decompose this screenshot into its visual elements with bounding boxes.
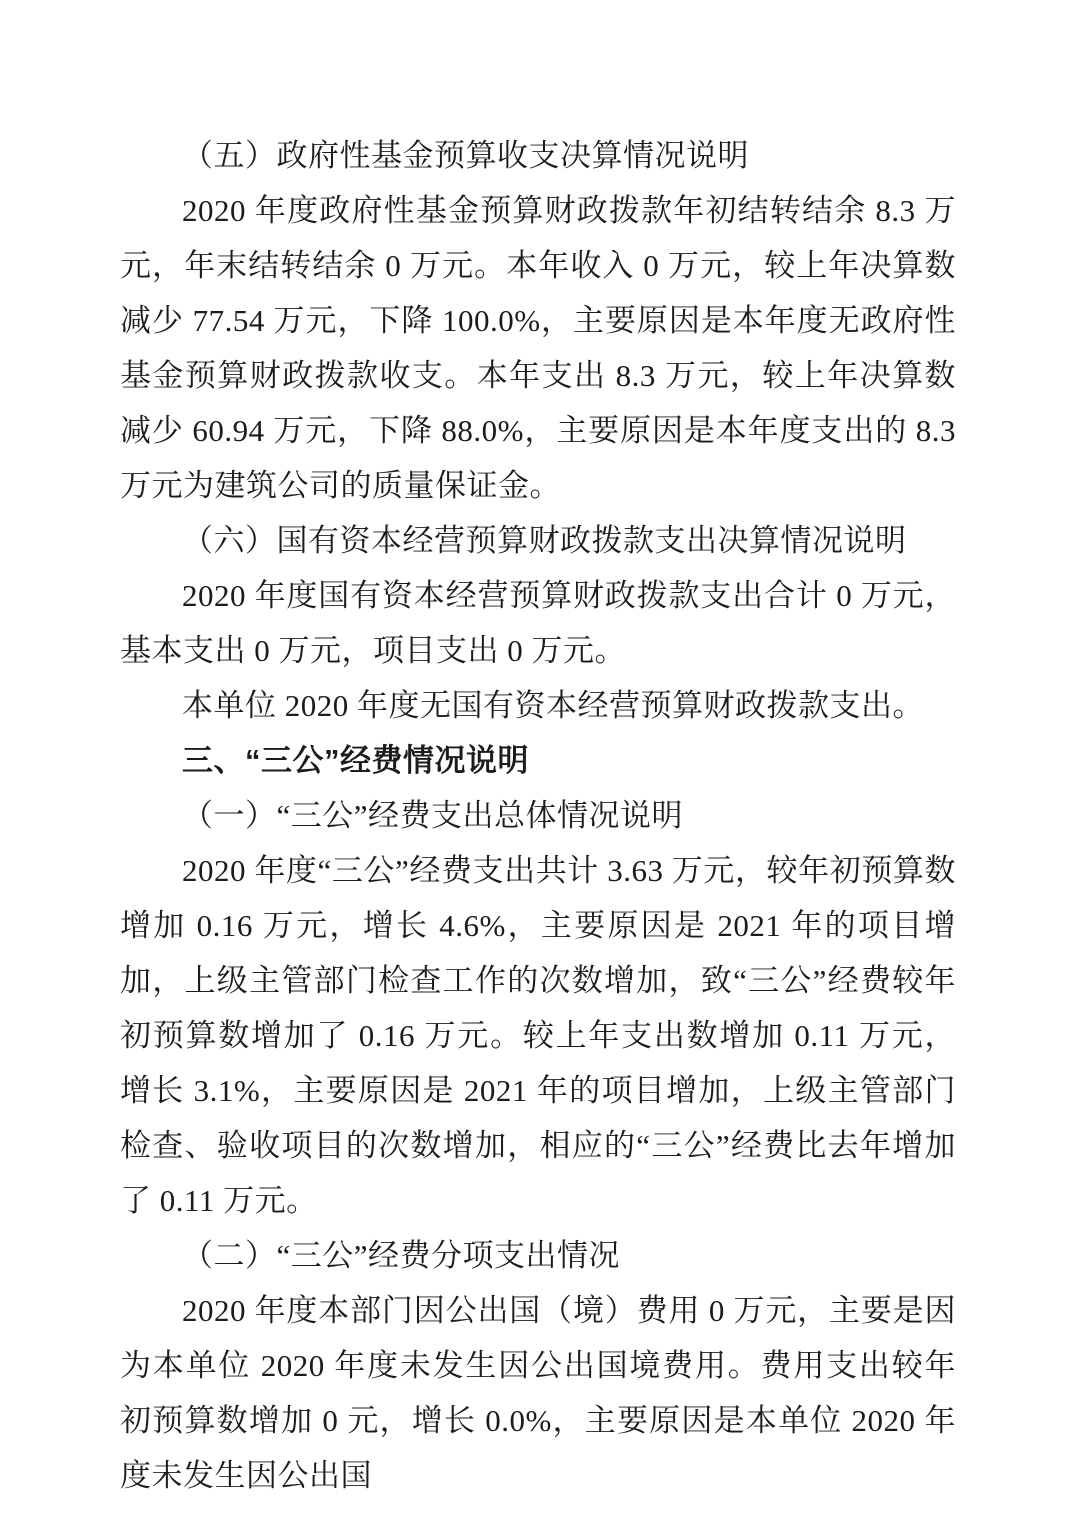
paragraph-three-public-overall-details: 2020 年度“三公”经费支出共计 3.63 万元，较年初预算数增加 0.16 … — [120, 843, 956, 1228]
paragraph-state-capital-totals: 2020 年度国有资本经营预算财政拨款支出合计 0 万元，基本支出 0 万元，项… — [120, 568, 956, 678]
heading-section-2-itemized-expenses: （二）“三公”经费分项支出情况 — [120, 1228, 956, 1283]
heading-section-6-state-capital-budget: （六）国有资本经营预算财政拨款支出决算情况说明 — [120, 513, 956, 568]
document-body: （五）政府性基金预算收支决算情况说明 2020 年度政府性基金预算财政拨款年初结… — [120, 128, 956, 1503]
heading-section-1-overall-situation: （一）“三公”经费支出总体情况说明 — [120, 788, 956, 843]
document-page: （五）政府性基金预算收支决算情况说明 2020 年度政府性基金预算财政拨款年初结… — [0, 0, 1074, 1520]
heading-section-5-gov-fund-budget: （五）政府性基金预算收支决算情况说明 — [120, 128, 956, 183]
heading-part-3-three-public-expenses: 三、“三公”经费情况说明 — [120, 733, 956, 788]
paragraph-overseas-travel-expenses: 2020 年度本部门因公出国（境）费用 0 万元，主要是因为本单位 2020 年… — [120, 1283, 956, 1503]
paragraph-gov-fund-budget-details: 2020 年度政府性基金预算财政拨款年初结转结余 8.3 万元，年末结转结余 0… — [120, 183, 956, 513]
paragraph-state-capital-none: 本单位 2020 年度无国有资本经营预算财政拨款支出。 — [120, 678, 956, 733]
